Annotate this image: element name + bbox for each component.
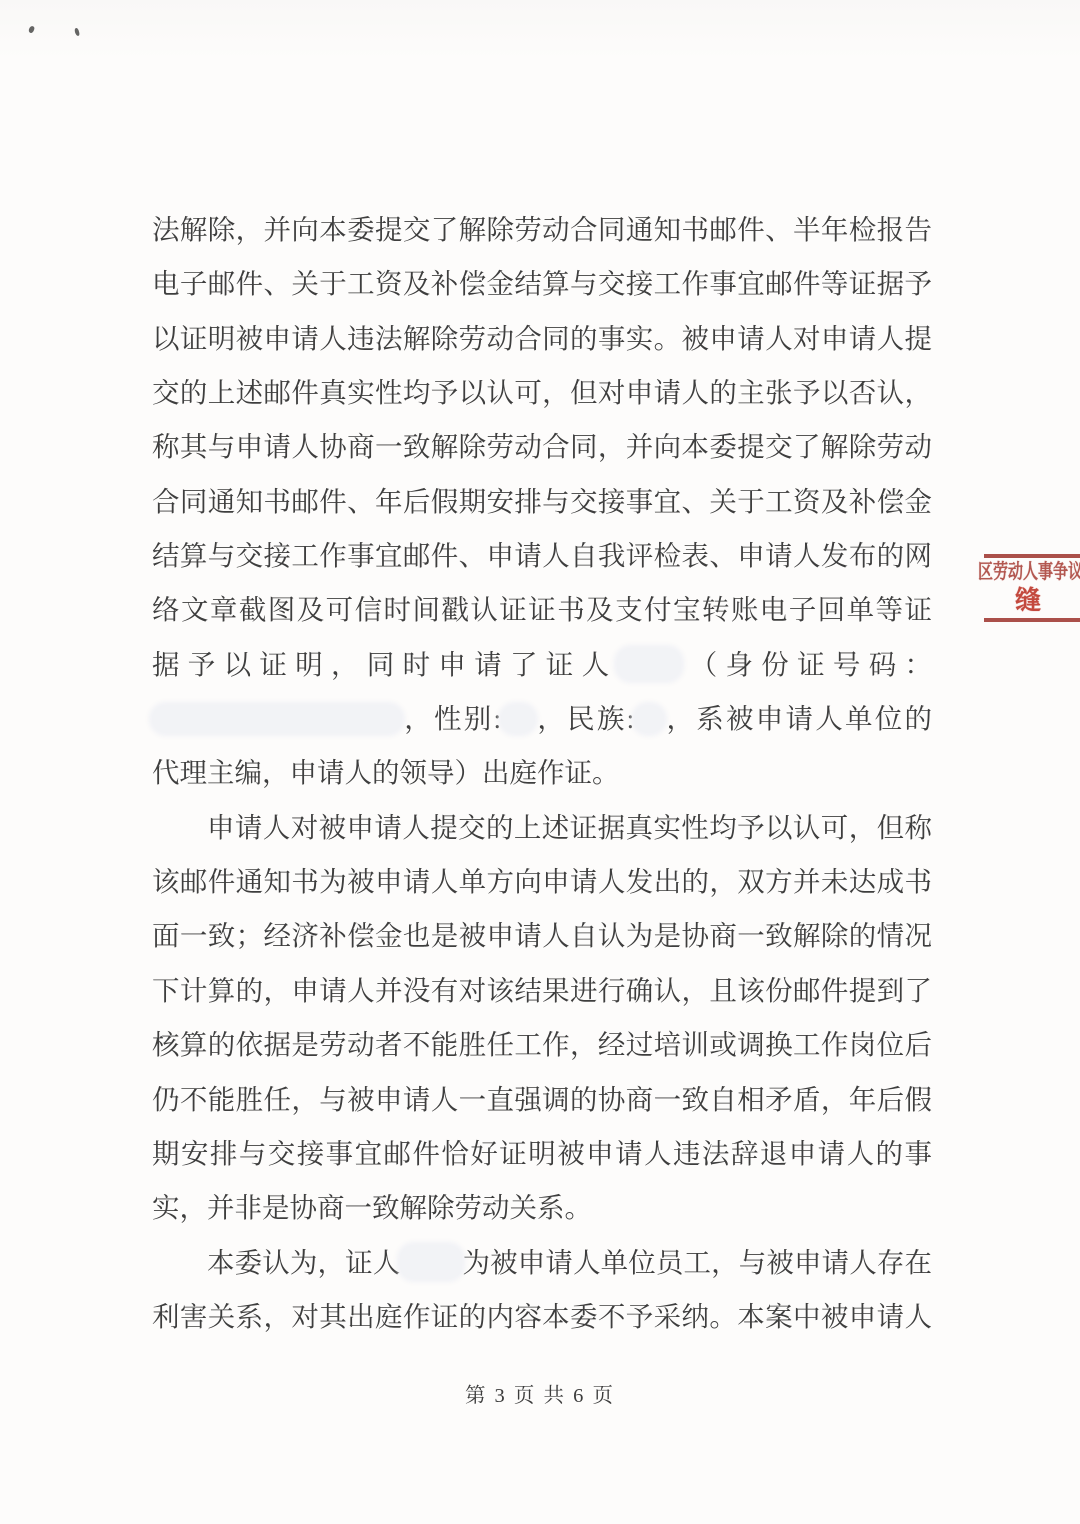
text-segment: 称其与申请人协商一致解除劳动合同，并向本委提交了解除劳动 (152, 431, 932, 462)
text-segment: 利害关系，对其出庭作证的内容本委不予采纳。本案中被申请人 (152, 1301, 932, 1332)
text-segment: 代理主编，申请人的领导）出庭作证。 (152, 757, 620, 788)
text-segment: 为被申请人单位员工，与被申请人存在 (462, 1247, 932, 1278)
text-line: 络文章截图及可信时间戳认证证书及支付宝转账电子回单等证 (152, 583, 932, 637)
text-line: 该邮件通知书为被申请人单方向申请人发出的，双方并未达成书 (152, 855, 932, 909)
text-line: 合同通知书邮件、年后假期安排与交接事宜、关于工资及补偿金 (152, 475, 932, 529)
ethnicity-redaction (634, 705, 664, 733)
text-segment: （身份证号码： (681, 649, 932, 680)
text-line: 下计算的，申请人并没有对该结果进行确认，且该份邮件提到了 (152, 964, 932, 1018)
scan-speck (28, 25, 35, 33)
id-number-redaction (152, 705, 402, 733)
text-segment: 交的上述邮件真实性均予以认可，但对申请人的主张予以否认， (152, 377, 932, 408)
stamp-seal-character: 缝 (1015, 585, 1080, 615)
text-line: 仍不能胜任，与被申请人一直强调的协商一致自相矛盾，年后假 (152, 1073, 932, 1127)
text-line: 利害关系，对其出庭作证的内容本委不予采纳。本案中被申请人 (152, 1290, 932, 1344)
text-segment: 申请人对被申请人提交的上述证据真实性均予以认可，但称 (207, 812, 932, 843)
text-line: 据予以证明，同时申请了证人（身份证号码： (152, 638, 932, 692)
text-line: 结算与交接工作事宜邮件、申请人自我评检表、申请人发布的网 (152, 529, 932, 583)
witness-name-redaction (617, 648, 681, 680)
text-line: 以证明被申请人违法解除劳动合同的事实。被申请人对申请人提 (152, 312, 932, 366)
text-segment: 本委认为，证人 (207, 1247, 400, 1278)
text-segment: 以证明被申请人违法解除劳动合同的事实。被申请人对申请人提 (152, 323, 932, 354)
text-line: 面一致；经济补偿金也是被申请人自认为是协商一致解除的情况 (152, 909, 932, 963)
text-line: 期安排与交接事宜邮件恰好证明被申请人违法辞退申请人的事 (152, 1127, 932, 1181)
witness-name-redaction (400, 1245, 462, 1279)
text-segment: 络文章截图及可信时间戳认证证书及支付宝转账电子回单等证 (152, 594, 932, 625)
stamp-arc-text: 区劳动人事争议 (978, 560, 1067, 585)
text-segment: 期安排与交接事宜邮件恰好证明被申请人违法辞退申请人的事 (152, 1138, 932, 1169)
text-segment: 实，并非是协商一致解除劳动关系。 (152, 1192, 592, 1223)
text-segment: 该邮件通知书为被申请人单方向申请人发出的，双方并未达成书 (152, 866, 932, 897)
document-page: 法解除，并向本委提交了解除劳动合同通知书邮件、半年检报告电子邮件、关于工资及补偿… (0, 0, 1080, 1524)
text-segment: 法解除，并向本委提交了解除劳动合同通知书邮件、半年检报告 (152, 214, 932, 245)
text-segment: 电子邮件、关于工资及补偿金结算与交接工作事宜邮件等证据予 (152, 268, 932, 299)
text-segment: 合同通知书邮件、年后假期安排与交接事宜、关于工资及补偿金 (152, 486, 932, 517)
text-line: 代理主编，申请人的领导）出庭作证。 (152, 746, 932, 800)
text-line: 电子邮件、关于工资及补偿金结算与交接工作事宜邮件等证据予 (152, 257, 932, 311)
text-line: 核算的依据是劳动者不能胜任工作，经过培训或调换工作岗位后 (152, 1018, 932, 1072)
text-line: 本委认为，证人为被申请人单位员工，与被申请人存在 (152, 1236, 932, 1290)
text-segment: 仍不能胜任，与被申请人一直强调的协商一致自相矛盾，年后假 (152, 1084, 932, 1115)
text-segment: 下计算的，申请人并没有对该结果进行确认，且该份邮件提到了 (152, 975, 932, 1006)
page-number-footer: 第 3 页 共 6 页 (0, 1378, 1080, 1408)
paging-seal-stamp: 区劳动人事争议 缝 (984, 554, 1080, 622)
scan-speck (74, 28, 80, 37)
document-body: 法解除，并向本委提交了解除劳动合同通知书邮件、半年检报告电子邮件、关于工资及补偿… (152, 203, 932, 1344)
text-line: 申请人对被申请人提交的上述证据真实性均予以认可，但称 (152, 801, 932, 855)
text-segment: ，性别: (402, 703, 501, 734)
text-segment: 面一致；经济补偿金也是被申请人自认为是协商一致解除的情况 (152, 920, 932, 951)
text-segment: 据予以证明，同时申请了证人 (152, 649, 617, 680)
text-segment: 结算与交接工作事宜邮件、申请人自我评检表、申请人发布的网 (152, 540, 932, 571)
text-line: 交的上述邮件真实性均予以认可，但对申请人的主张予以否认， (152, 366, 932, 420)
text-segment: ，系被申请人单位的 (664, 703, 932, 734)
gender-redaction (501, 705, 535, 733)
text-line: 实，并非是协商一致解除劳动关系。 (152, 1181, 932, 1235)
text-segment: 核算的依据是劳动者不能胜任工作，经过培训或调换工作岗位后 (152, 1029, 932, 1060)
text-line: 称其与申请人协商一致解除劳动合同，并向本委提交了解除劳动 (152, 420, 932, 474)
text-line: 法解除，并向本委提交了解除劳动合同通知书邮件、半年检报告 (152, 203, 932, 257)
text-segment: ，民族: (535, 703, 634, 734)
text-line: ，性别:，民族:，系被申请人单位的 (152, 692, 932, 746)
